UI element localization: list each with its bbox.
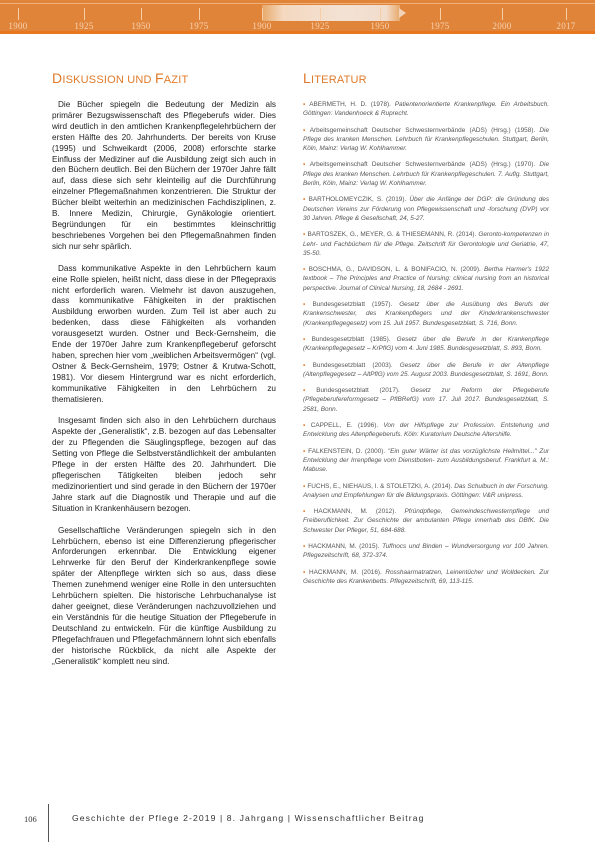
reference-item: ▪HACKMANN, M. (2015). Tuffnocs und Binde… [303, 542, 549, 561]
page-number: 106 [24, 814, 37, 824]
reference-item: ▪Bundesgesetzblatt (2017). Gesetz zur Re… [303, 386, 549, 414]
body-paragraph: Die Bücher spiegeln die Bedeutung der Me… [52, 100, 276, 253]
timeline-tick: 1900 [0, 8, 40, 31]
timeline-banner: 1900 1925 1950 1975 1900 1925 1950 1975 … [0, 0, 595, 34]
reference-item: ▪Arbeitsgemeinschaft Deutscher Schwester… [303, 126, 549, 154]
discussion-column: Diskussion und Fazit Die Bücher spiegeln… [52, 70, 276, 678]
bullet-icon: ▪ [303, 336, 310, 343]
body-paragraph: Dass kommunikative Aspekte in den Lehrbü… [52, 264, 276, 406]
bullet-icon: ▪ [303, 362, 311, 369]
bullet-icon: ▪ [303, 266, 307, 273]
timeline-tick: 1975 [418, 8, 462, 31]
timeline-tick: 2000 [480, 8, 524, 31]
tick-mark [566, 8, 567, 20]
section-heading-literature: Literatur [303, 70, 549, 86]
body-paragraph: Gesellschaftliche Veränderungen spiegeln… [52, 526, 276, 668]
bullet-icon: ▪ [303, 569, 307, 576]
reference-list: ▪ABERMETH, H. D. (1978). Patientenorient… [303, 100, 549, 586]
bullet-icon: ▪ [303, 301, 310, 308]
bullet-icon: ▪ [303, 101, 307, 108]
journal-info: Geschichte der Pflege 2-2019 | 8. Jahrga… [72, 813, 424, 823]
timeline-tick: 1900 [240, 8, 284, 31]
reference-item: ▪Bundesgesetzblatt (2003). Gesetz über d… [303, 361, 549, 380]
tick-mark [199, 8, 200, 20]
reference-item: ▪CAPPELL, E. (1996). Von der Hilfspflege… [303, 421, 549, 440]
reference-item: ▪BARTHOLOMEYCZIK, S. (2019). Über die An… [303, 195, 549, 223]
tick-mark [141, 8, 142, 20]
bullet-icon: ▪ [303, 387, 314, 394]
timeline-base-rule [0, 31, 595, 34]
bullet-icon: ▪ [303, 422, 309, 429]
timeline-tick: 1925 [62, 8, 106, 31]
bullet-icon: ▪ [303, 231, 306, 238]
bullet-icon: ▪ [303, 161, 308, 168]
tick-mark [18, 8, 19, 20]
tick-mark [262, 8, 263, 20]
reference-item: ▪Arbeitsgemeinschaft Deutscher Schwester… [303, 160, 549, 188]
reference-item: ▪FUCHS, E., NIEHAUS, I. & STOLETZKI, A. … [303, 482, 549, 501]
page-footer: 106 Geschichte der Pflege 2-2019 | 8. Ja… [0, 804, 595, 842]
body-paragraph: Insgesamt finden sich also in den Lehrbü… [52, 416, 276, 514]
timeline-tick: 1950 [119, 8, 163, 31]
tick-mark [380, 8, 381, 20]
timeline-tick: 1950 [358, 8, 402, 31]
bullet-icon: ▪ [303, 483, 305, 490]
timeline-top-rule [0, 3, 595, 4]
reference-item: ▪Bundesgesetzblatt (1957). Gesetz über d… [303, 300, 549, 328]
bullet-icon: ▪ [303, 448, 306, 455]
reference-item: ▪BOSCHMA, G., DAVIDSON, L. & BONIFACIO, … [303, 265, 549, 293]
section-heading-discussion: Diskussion und Fazit [52, 70, 276, 86]
bullet-icon: ▪ [303, 196, 307, 203]
bullet-icon: ▪ [303, 127, 308, 134]
timeline-tick: 1975 [177, 8, 221, 31]
reference-item: ▪Bundesgesetzblatt (1985). Gesetz über d… [303, 335, 549, 354]
reference-item: ▪HACKMANN, M. (2012). Pfründpflege, Geme… [303, 507, 549, 535]
bullet-icon: ▪ [303, 543, 306, 550]
footer-divider [48, 804, 49, 842]
timeline-tick: 2017 [544, 8, 588, 31]
tick-mark [440, 8, 441, 20]
references-column: Literatur ▪ABERMETH, H. D. (1978). Patie… [303, 70, 549, 593]
timeline-tick: 1925 [298, 8, 342, 31]
reference-item: ▪FALKENSTEIN, D. (2000). "Ein guter Wärt… [303, 447, 549, 475]
reference-item: ▪HACKMANN, M. (2016). Rosshaarmatratzen,… [303, 568, 549, 587]
tick-mark [84, 8, 85, 20]
bullet-icon: ▪ [303, 508, 312, 515]
tick-mark [320, 8, 321, 20]
reference-item: ▪BARTOSZEK, G., MEYER, G. & THIESEMANN, … [303, 230, 549, 258]
tick-mark [502, 8, 503, 20]
reference-item: ▪ABERMETH, H. D. (1978). Patientenorient… [303, 100, 549, 119]
